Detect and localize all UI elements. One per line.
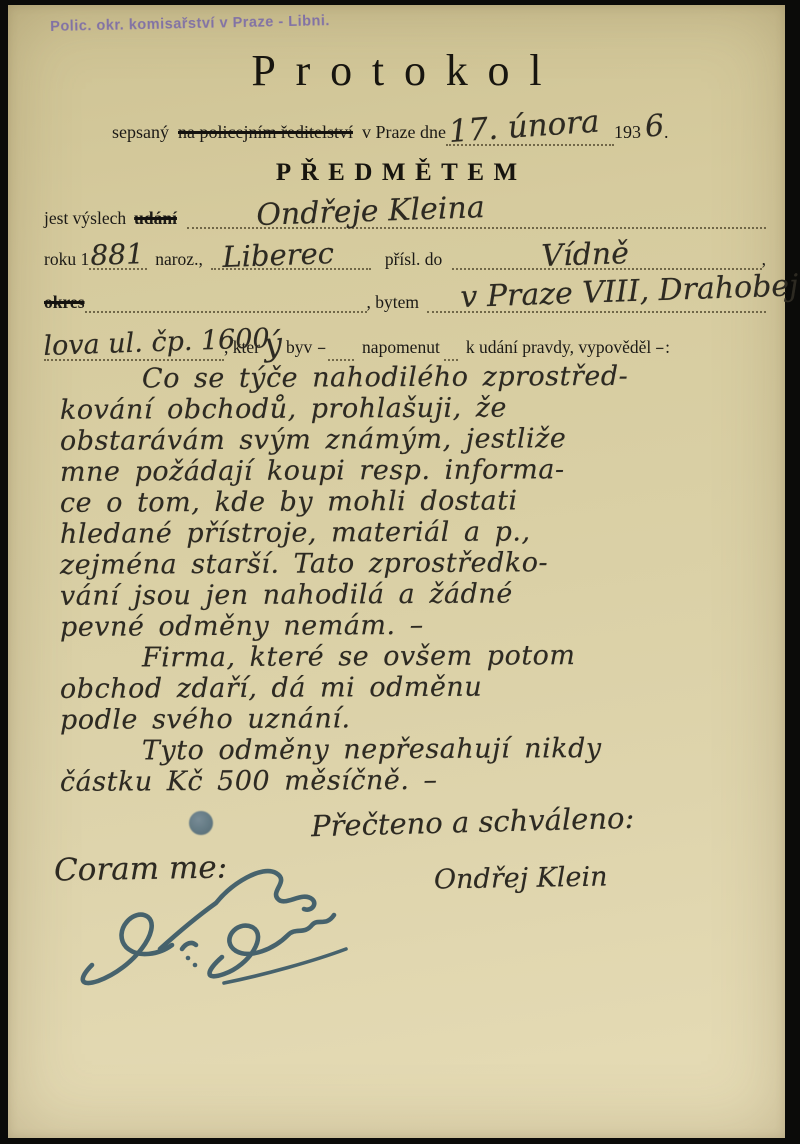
testimony-line: obchod zdaří, dá mi odměnu <box>60 670 766 705</box>
testimony-line: pevné odměny nemám. – <box>60 608 766 643</box>
testimony-line: ce o tom, kde by mohli dostati <box>60 484 766 519</box>
intro-line: sepsaný na policejním ředitelství v Praz… <box>112 111 752 146</box>
official-signature <box>64 857 364 1002</box>
line-colon: : <box>665 337 670 358</box>
intro-sepsany: sepsaný <box>112 122 169 143</box>
label-napomenut: napomenut <box>362 337 440 358</box>
label-bytem: , bytem <box>367 292 420 313</box>
testimony-line: Tyto odměny nepřesahují nikdy <box>60 732 766 767</box>
label-byv: byv <box>286 337 312 358</box>
birthyear-handwritten: 881 <box>90 237 145 272</box>
witness-signature: Ondřej Klein <box>434 861 608 895</box>
intro-v-praze-dne: v Praze dne <box>362 122 446 143</box>
name-handwritten: Ondřeje Kleina <box>256 190 485 233</box>
paper-sheet: Polic. okr. komisařství v Praze - Libni.… <box>8 5 785 1138</box>
testimony-line: částku Kč 500 měsíčně. – <box>60 763 766 798</box>
address-handwritten: v Praze VIII, Drahobej <box>460 268 799 315</box>
domicile-field: Vídně <box>452 249 761 270</box>
scanned-protocol-document: { "stamp": {"text": "Polic. okr. komisař… <box>0 0 800 1144</box>
year-printed: 193 <box>614 122 641 143</box>
date-handwritten: 17. února <box>447 104 600 150</box>
date-field: 17. února <box>446 111 614 146</box>
testimony-line: kování obchodů, prohlašuji, že <box>60 391 766 426</box>
okres-field <box>85 292 367 313</box>
label-naroz: naroz., <box>155 249 203 270</box>
hw-mark-2: – <box>655 338 664 358</box>
testimony-line: zejména starší. Tato zprostředko- <box>60 546 766 581</box>
testimony-line: obstarávám svým známým, jestliže <box>60 422 766 457</box>
label-prisl-do: přísl. do <box>385 249 442 270</box>
form-line-admonition: lova ul. čp. 1600 , kter ý byv – napomen… <box>44 323 766 361</box>
police-office-stamp: Polic. okr. komisařství v Praze - Libni. <box>50 12 330 35</box>
line-comma: , <box>762 249 766 270</box>
struck-okres: okres <box>44 292 85 313</box>
y-insert-handwritten: ý <box>263 324 284 363</box>
struck-udani: udání <box>134 208 177 229</box>
document-title: Protokol <box>8 45 785 96</box>
birthyear-field: 881 <box>89 249 147 270</box>
intro-struck-text: na policejním ředitelství <box>178 122 353 143</box>
form-line-name: jest výslech udání Ondřeje Kleina <box>44 208 766 229</box>
dots-gap-1 <box>328 323 354 361</box>
testimony-line: Co se týče nahodilého zprostřed- <box>60 360 766 395</box>
label-jest-vyslech: jest výslech <box>44 208 126 229</box>
name-field: Ondřeje Kleina <box>187 208 766 229</box>
testimony-line: Firma, které se ovšem potom <box>60 639 766 674</box>
label-roku: roku 1 <box>44 249 89 270</box>
domicile-handwritten: Vídně <box>541 236 630 274</box>
label-k-udani: k udání pravdy, vypověděl <box>466 337 652 358</box>
subject-heading: PŘEDMĚTEM <box>8 159 785 187</box>
testimony-line: podle svého uznání. <box>60 701 766 736</box>
ink-blot <box>189 811 213 835</box>
testimony-line: hledané přístroje, materiál a p., <box>60 515 766 550</box>
testimony-line: mne požádají koupi resp. informa- <box>60 453 766 488</box>
testimony-line: vání jsou jen nahodilá a žádné <box>60 577 766 612</box>
testimony-body: Co se týče nahodilého zprostřed- kování … <box>60 362 766 796</box>
hw-mark-1: – <box>317 338 326 358</box>
address-field: v Praze VIII, Drahobej <box>427 292 766 313</box>
year-handwritten: 6 <box>643 108 665 145</box>
approved-note-handwritten: Přečteno a schváleno: <box>311 801 635 843</box>
birthplace-field: Liberec <box>211 249 371 270</box>
official-signature-flourish <box>64 857 364 997</box>
form-line-birth: roku 1 881 naroz., Liberec přísl. do Víd… <box>44 249 766 270</box>
birthplace-handwritten: Liberec <box>222 236 335 274</box>
form-line-address: okres , bytem v Praze VIII, Drahobej <box>44 292 766 313</box>
dots-gap-2 <box>444 323 458 361</box>
address2-field: lova ul. čp. 1600 <box>44 323 224 361</box>
